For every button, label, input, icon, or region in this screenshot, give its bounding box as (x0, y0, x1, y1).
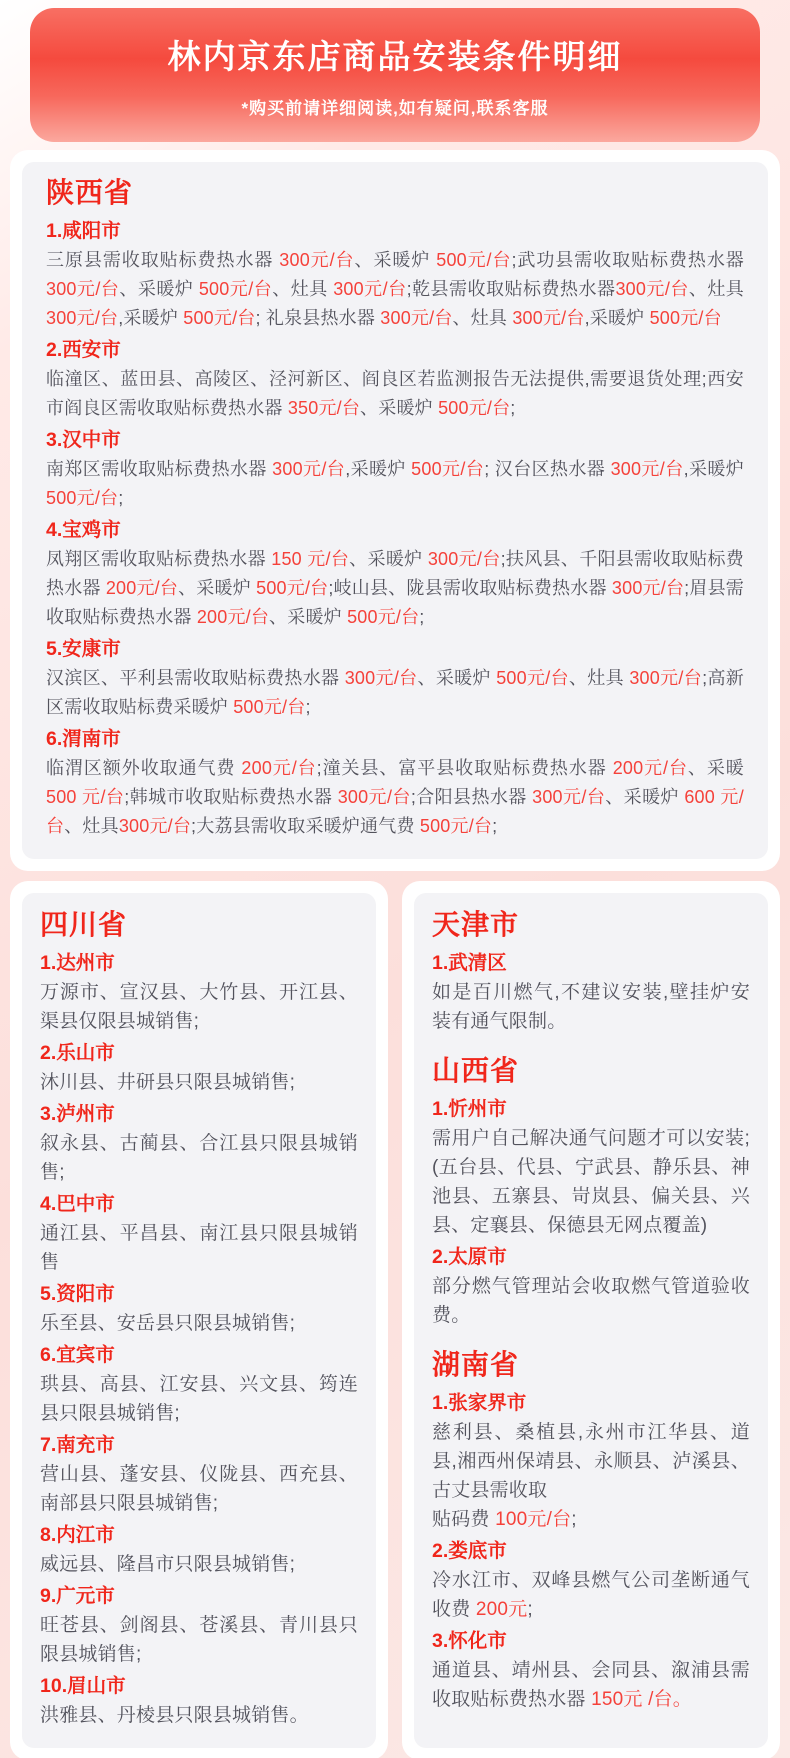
city-note: 部分燃气管理站会收取燃气管道验收费。 (432, 1272, 750, 1330)
price-value: 300元/台 (338, 787, 411, 807)
city-title: 1.武清区 (432, 950, 750, 976)
note-text: 乐至县、安岳县只限县城销售; (40, 1313, 295, 1334)
price-value: 150 元/台 (271, 549, 349, 569)
price-value: 500元/台 (347, 607, 419, 627)
province-title: 湖南省 (432, 1348, 750, 1382)
note-text: 、灶具 (272, 279, 333, 299)
note-text: ; 汉台区热水器 (484, 459, 610, 479)
price-value: 300元/台 (611, 459, 684, 479)
note-text: 慈利县、桑植县,永州市江华县、道县,湘西州保靖县、永顺县、泸溪县、古丈县需收取 (432, 1422, 750, 1501)
province-section: 湖南省1.张家界市慈利县、桑植县,永州市江华县、道县,湘西州保靖县、永顺县、泸溪… (432, 1348, 750, 1714)
city-note: 沐川县、井研县只限县城销售; (40, 1068, 358, 1097)
note-text: ; (305, 697, 310, 717)
price-value: 300元/台 (333, 279, 406, 299)
city-title: 5.资阳市 (40, 1281, 358, 1307)
note-text: ;武功县需收取贴标费热水器 (511, 250, 744, 270)
note-text: ; (118, 488, 123, 508)
city-note: 慈利县、桑植县,永州市江华县、道县,湘西州保靖县、永顺县、泸溪县、古丈县需收取 … (432, 1418, 750, 1534)
price-value: 500元/台 (199, 279, 272, 299)
city-title: 6.渭南市 (46, 726, 744, 752)
price-value: 500元/台 (183, 308, 255, 328)
note-text: 营山县、蓬安县、仪陇县、西充县、南部县只限县城销售; (40, 1464, 358, 1514)
note-text: ; (510, 398, 515, 418)
note-text: ;韩城市收取贴标费热水器 (124, 787, 337, 807)
note-text: ; (419, 607, 424, 627)
city-title: 9.广元市 (40, 1583, 358, 1609)
note-text: 如是百川燃气,不建议安装,壁挂炉安装有通气限制。 (432, 982, 750, 1032)
note-text: ;大荔县需收取采暖炉通气费 (191, 816, 420, 836)
price-value: 500元/台 (411, 459, 484, 479)
note-text: 威远县、隆昌市只限县城销售; (40, 1554, 295, 1575)
city-title: 10.眉山市 (40, 1673, 358, 1699)
note-text: ,采暖炉 (684, 459, 744, 479)
city-title: 7.南充市 (40, 1432, 358, 1458)
city-title: 5.安康市 (46, 636, 744, 662)
note-text: 万源市、宣汉县、大竹县、开江县、渠县仅限县城销售; (40, 982, 358, 1032)
price-value: 300元/台 (512, 308, 584, 328)
price-value: 300元/台 (46, 279, 119, 299)
city-title: 2.乐山市 (40, 1040, 358, 1066)
note-text: ; (492, 816, 497, 836)
city-title: 2.西安市 (46, 337, 744, 363)
page-subtitle: *购买前请详细阅读,如有疑问,联系客服 (241, 94, 548, 119)
city-title: 1.张家界市 (432, 1390, 750, 1416)
city-note: 万源市、宣汉县、大竹县、开江县、渠县仅限县城销售; (40, 978, 358, 1036)
price-value: 300元/台 (119, 816, 191, 836)
note-text: 叙永县、古蔺县、合江县只限县城销售; (40, 1133, 358, 1183)
city-title: 4.巴中市 (40, 1191, 358, 1217)
note-text: 、灶具 (569, 668, 629, 688)
city-note: 威远县、隆昌市只限县城销售; (40, 1550, 358, 1579)
city-title: 1.咸阳市 (46, 218, 744, 244)
province-section: 山西省1.忻州市需用户自己解决通气问题才可以安装;(五台县、代县、宁武县、静乐县… (432, 1054, 750, 1330)
price-value: 150元 /台。 (591, 1689, 692, 1710)
price-value: 300元/台 (428, 549, 501, 569)
province-section: 天津市1.武清区如是百川燃气,不建议安装,壁挂炉安装有通气限制。 (432, 908, 750, 1036)
price-value: 500元/台 (496, 668, 569, 688)
card-right-column: 天津市1.武清区如是百川燃气,不建议安装,壁挂炉安装有通气限制。山西省1.忻州市… (402, 881, 780, 1758)
two-column-area: 四川省1.达州市万源市、宣汉县、大竹县、开江县、渠县仅限县城销售;2.乐山市沐川… (10, 881, 780, 1758)
price-value: 300元/台 (629, 668, 702, 688)
note-text: 、采暖 (688, 758, 744, 778)
note-text: ;乾县需收取贴标费热水器 (407, 279, 616, 299)
note-text: 、采暖炉 (269, 607, 347, 627)
price-value: 200元/台 (241, 758, 316, 778)
province-title: 山西省 (432, 1054, 750, 1088)
province-title: 陕西省 (46, 176, 744, 210)
note-text: 、采暖炉 (119, 279, 198, 299)
city-title: 1.忻州市 (432, 1096, 750, 1122)
price-value: 300元/台 (272, 459, 345, 479)
note-text: 珙县、高县、江安县、兴文县、筠连县只限县城销售; (40, 1374, 358, 1424)
note-text: 、采暖炉 (418, 668, 497, 688)
card-shaanxi: 陕西省1.咸阳市三原县需收取贴标费热水器 300元/台、采暖炉 500元/台;武… (10, 150, 780, 871)
price-value: 300元/台 (380, 308, 452, 328)
price-value: 300元/台 (46, 308, 118, 328)
note-text: ; (527, 1599, 532, 1620)
price-value: 100元/台 (495, 1509, 571, 1530)
note-text: 南郑区需收取贴标费热水器 (46, 459, 272, 479)
city-note: 冷水江市、双峰县燃气公司垄断通气收费 200元; (432, 1566, 750, 1624)
city-title: 3.汉中市 (46, 427, 744, 453)
price-value: 200元/台 (197, 607, 269, 627)
card-left-column: 四川省1.达州市万源市、宣汉县、大竹县、开江县、渠县仅限县城销售;2.乐山市沐川… (10, 881, 388, 1758)
city-note: 三原县需收取贴标费热水器 300元/台、采暖炉 500元/台;武功县需收取贴标费… (46, 246, 744, 333)
price-value: 200元 (476, 1599, 528, 1620)
city-title: 4.宝鸡市 (46, 517, 744, 543)
page-title: 林内京东店商品安装条件明细 (168, 31, 623, 78)
city-title: 1.达州市 (40, 950, 358, 976)
price-value: 350元/台 (288, 398, 360, 418)
note-text: ; (571, 1509, 576, 1530)
price-value: 300元/台 (615, 279, 688, 299)
note-text: 汉滨区、平利县需收取贴标费热水器 (46, 668, 345, 688)
note-text: ,采暖炉 (585, 308, 650, 328)
city-note: 需用户自己解决通气问题才可以安装;(五台县、代县、宁武县、静乐县、神池县、五寨县… (432, 1124, 750, 1240)
city-title: 8.内江市 (40, 1522, 358, 1548)
city-title: 2.太原市 (432, 1244, 750, 1270)
price-value: 200元/台 (613, 758, 688, 778)
price-value: 300元/台 (345, 668, 418, 688)
price-value: 500元/台 (420, 816, 492, 836)
note-text: 、采暖炉 (178, 578, 256, 598)
price-value: 500元/台 (233, 697, 305, 717)
note-text: 、灶具 (64, 816, 119, 836)
panel-shaanxi: 陕西省1.咸阳市三原县需收取贴标费热水器 300元/台、采暖炉 500元/台;武… (22, 162, 768, 859)
note-text: ,采暖炉 (118, 308, 183, 328)
price-value: 300元/台 (612, 578, 684, 598)
city-title: 3.怀化市 (432, 1628, 750, 1654)
city-note: 叙永县、古蔺县、合江县只限县城销售; (40, 1129, 358, 1187)
note-text: ;潼关县、富平县收取贴标费热水器 (317, 758, 613, 778)
city-note: 汉滨区、平利县需收取贴标费热水器 300元/台、采暖炉 500元/台、灶具 30… (46, 664, 744, 722)
note-text: 洪雅县、丹棱县只限县城销售。 (40, 1705, 309, 1726)
note-text: 需用户自己解决通气问题才可以安装;(五台县、代县、宁武县、静乐县、神池县、五寨县… (432, 1128, 750, 1236)
note-text: ;合阳县热水器 (411, 787, 532, 807)
price-value: 300元/台 (279, 250, 354, 270)
panel-sichuan: 四川省1.达州市万源市、宣汉县、大竹县、开江县、渠县仅限县城销售;2.乐山市沐川… (22, 893, 376, 1748)
province-title: 四川省 (40, 908, 358, 942)
note-text: 、采暖炉 (349, 549, 428, 569)
city-title: 2.娄底市 (432, 1538, 750, 1564)
panel-tianjin-shanxi-hunan: 天津市1.武清区如是百川燃气,不建议安装,壁挂炉安装有通气限制。山西省1.忻州市… (414, 893, 768, 1748)
province-section: 陕西省1.咸阳市三原县需收取贴标费热水器 300元/台、采暖炉 500元/台;武… (46, 176, 744, 841)
province-section: 四川省1.达州市万源市、宣汉县、大竹县、开江县、渠县仅限县城销售;2.乐山市沐川… (40, 908, 358, 1730)
price-value: 500元/台 (256, 578, 328, 598)
city-title: 3.泸州市 (40, 1101, 358, 1127)
note-text: 、采暖炉 (360, 398, 438, 418)
note-text: 旺苍县、剑阁县、苍溪县、青川县只限县城销售; (40, 1615, 358, 1665)
price-value: 500元/台 (438, 398, 510, 418)
note-text: 贴码费 (432, 1509, 495, 1530)
city-note: 如是百川燃气,不建议安装,壁挂炉安装有通气限制。 (432, 978, 750, 1036)
city-note: 临潼区、蓝田县、高陵区、泾河新区、阎良区若监测报告无法提供,需要退货处理;西安市… (46, 365, 744, 423)
note-text: 通江县、平昌县、南江县只限县城销售 (40, 1223, 358, 1273)
city-note: 乐至县、安岳县只限县城销售; (40, 1309, 358, 1338)
note-text: ,采暖炉 (345, 459, 411, 479)
city-note: 凤翔区需收取贴标费热水器 150 元/台、采暖炉 300元/台;扶风县、千阳县需… (46, 545, 744, 632)
note-text: 凤翔区需收取贴标费热水器 (46, 549, 271, 569)
city-title: 6.宜宾市 (40, 1342, 358, 1368)
header-banner: 林内京东店商品安装条件明细 *购买前请详细阅读,如有疑问,联系客服 (30, 8, 760, 142)
province-title: 天津市 (432, 908, 750, 942)
city-note: 旺苍县、剑阁县、苍溪县、青川县只限县城销售; (40, 1611, 358, 1669)
note-text: 临渭区额外收取通气费 (46, 758, 241, 778)
note-text: ; 礼泉县热水器 (255, 308, 380, 328)
city-note: 临渭区额外收取通气费 200元/台;潼关县、富平县收取贴标费热水器 200元/台… (46, 754, 744, 841)
note-text: 三原县需收取贴标费热水器 (46, 250, 279, 270)
price-value: 300元/台 (532, 787, 605, 807)
city-note: 南郑区需收取贴标费热水器 300元/台,采暖炉 500元/台; 汉台区热水器 3… (46, 455, 744, 513)
price-value: 500元/台 (46, 488, 118, 508)
price-value: 200元/台 (106, 578, 178, 598)
city-note: 通道县、靖州县、会同县、溆浦县需收取贴标费热水器 150元 /台。 (432, 1656, 750, 1714)
content-area: 陕西省1.咸阳市三原县需收取贴标费热水器 300元/台、采暖炉 500元/台;武… (10, 150, 780, 1758)
note-text: ;岐山县、陇县需收取贴标费热水器 (328, 578, 612, 598)
city-note: 营山县、蓬安县、仪陇县、西充县、南部县只限县城销售; (40, 1460, 358, 1518)
note-text: 部分燃气管理站会收取燃气管道验收费。 (432, 1276, 750, 1326)
city-note: 洪雅县、丹棱县只限县城销售。 (40, 1701, 358, 1730)
note-text: 、采暖炉 (355, 250, 437, 270)
note-text: 、灶具 (689, 279, 744, 299)
city-note: 通江县、平昌县、南江县只限县城销售 (40, 1219, 358, 1277)
price-value: 500元/台 (650, 308, 722, 328)
note-text: 沐川县、井研县只限县城销售; (40, 1072, 295, 1093)
price-value: 500 元/台 (46, 787, 124, 807)
note-text: 、灶具 (453, 308, 513, 328)
price-value: 500元/台 (436, 250, 511, 270)
note-text: 、采暖炉 (605, 787, 684, 807)
city-note: 珙县、高县、江安县、兴文县、筠连县只限县城销售; (40, 1370, 358, 1428)
